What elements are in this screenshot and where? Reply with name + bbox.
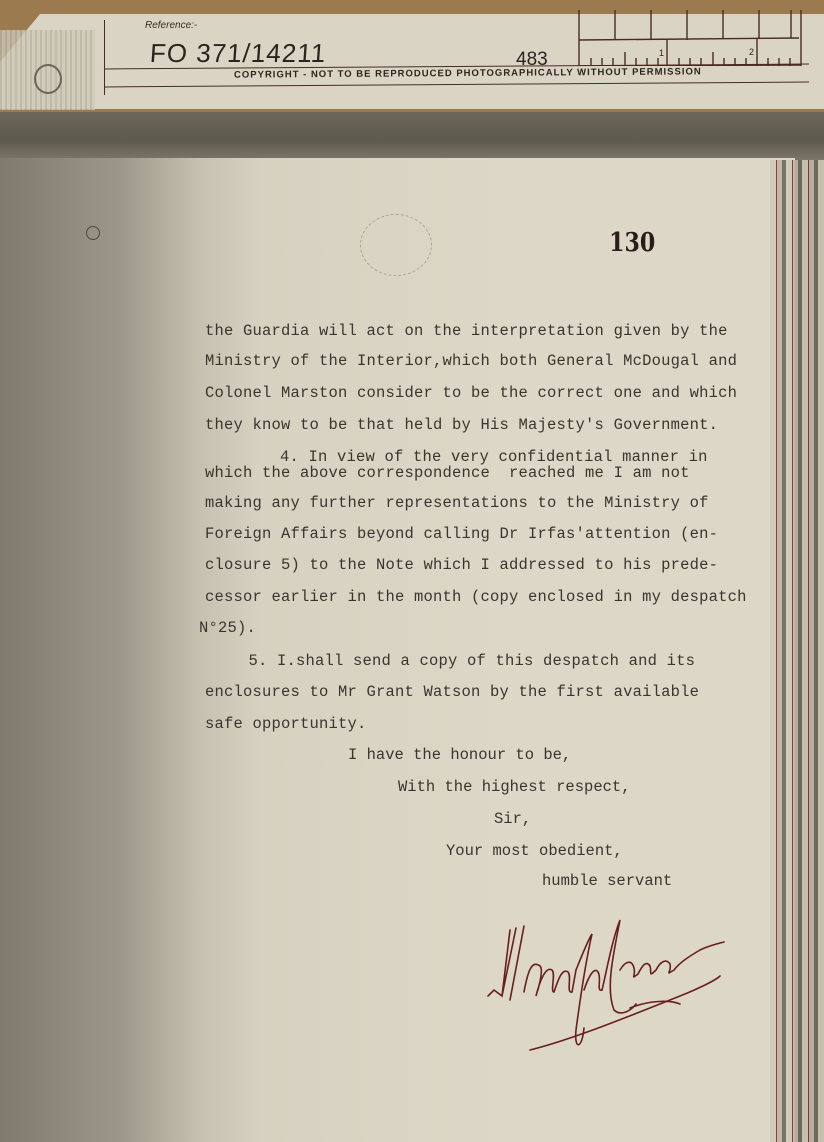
text-line: enclosures to Mr Grant Watson by the fir…: [205, 683, 699, 701]
paragraph-5-start: 5. I.shall send a copy of this despatch …: [201, 652, 695, 670]
text-line: making any further representations to th…: [205, 494, 709, 512]
svg-text:2: 2: [749, 47, 754, 57]
text-line: they know to be that held by His Majesty…: [205, 416, 718, 434]
text-line: safe opportunity.: [205, 715, 367, 733]
closing-line-4: Your most obedient,: [446, 842, 623, 860]
svg-text:1: 1: [659, 48, 664, 58]
text-line: the Guardia will act on the interpretati…: [205, 322, 728, 340]
reference-number: FO 371/14211: [149, 38, 327, 69]
folder-band: [0, 112, 824, 160]
text-line: cessor earlier in the month (copy enclos…: [205, 588, 747, 606]
text-line: which the above correspondence reached m…: [205, 464, 690, 482]
text-line: closure 5) to the Note which I addressed…: [205, 556, 718, 574]
text-line: N°25).: [199, 619, 256, 637]
text-line: Foreign Affairs beyond calling Dr Irfas'…: [205, 525, 718, 543]
closing-line-1: I have the honour to be,: [348, 746, 571, 764]
closing-line-5: humble servant: [542, 872, 672, 890]
text-line: Colonel Marston consider to be the corre…: [205, 384, 737, 402]
faded-stamp-icon: [360, 214, 432, 276]
reference-slip-background: Reference:- FO 371/14211 483 COPYRIGHT -…: [0, 0, 824, 112]
reference-label: Reference:-: [145, 20, 197, 31]
circle-mark-icon: [86, 226, 100, 240]
closing-line-3: Sir,: [494, 810, 531, 828]
page-stack-edge: [770, 160, 824, 1142]
ruler-scale: 1 2: [575, 8, 805, 66]
text-line: Ministry of the Interior,which both Gene…: [205, 352, 737, 370]
signature: [480, 900, 740, 1060]
punch-hole-icon: [34, 64, 62, 94]
ruler-icon: 1 2: [575, 8, 805, 66]
signature-icon: [480, 900, 740, 1060]
page-number: 130: [609, 228, 655, 258]
closing-line-2: With the highest respect,: [398, 778, 631, 796]
